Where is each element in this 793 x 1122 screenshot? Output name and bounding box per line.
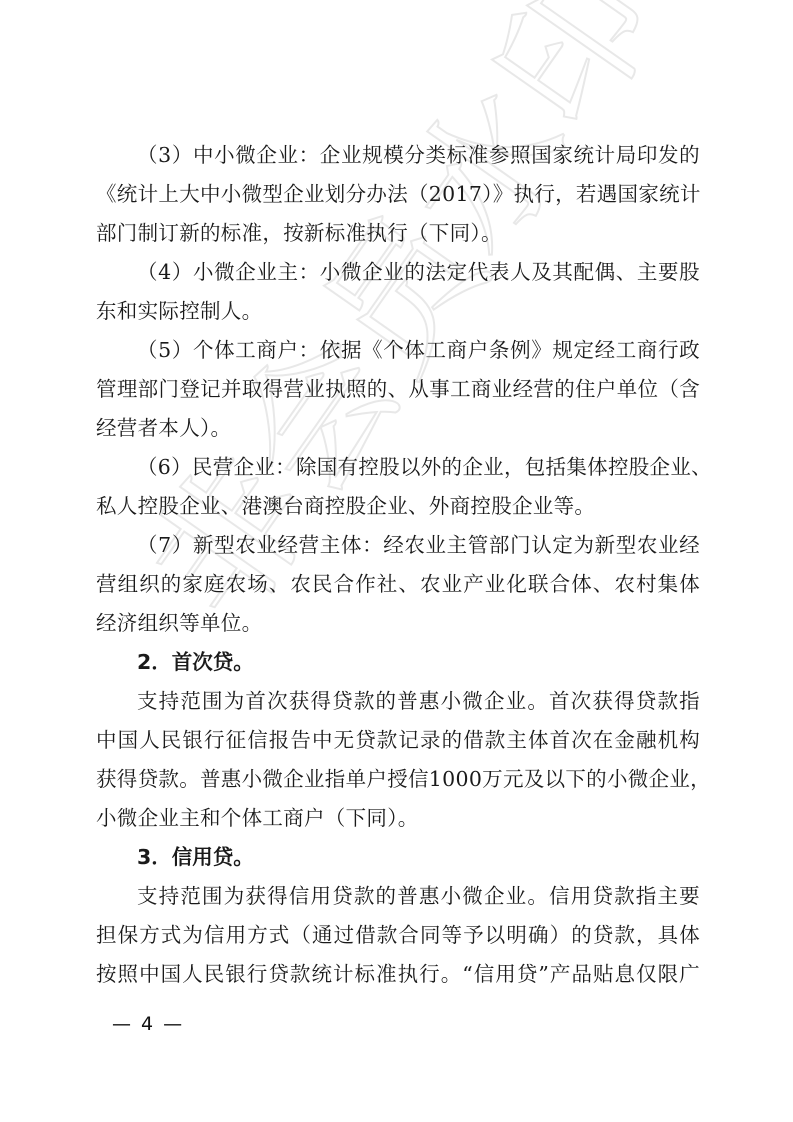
paragraph-sme-definition: （3）中小微企业：企业规模分类标准参照国家统计局印发的 《统计上大中小微型企业划… <box>96 136 700 253</box>
text-line: 营组织的家庭农场、农民合作社、农业产业化联合体、农村集体 <box>96 565 700 604</box>
document-page: 非会员水印 （3）中小微企业：企业规模分类标准参照国家统计局印发的 《统计上大中… <box>0 0 793 1122</box>
paragraph-individual-business: （5）个体工商户：依据《个体工商户条例》规定经工商行政 管理部门登记并取得营业执… <box>96 331 700 448</box>
text-line: 管理部门登记并取得营业执照的、从事工商业经营的住户单位（含 <box>96 370 700 409</box>
paragraph-credit-loan: 支持范围为获得信用贷款的普惠小微企业。信用贷款指主要 担保方式为信用方式（通过借… <box>96 877 700 994</box>
text-line: 担保方式为信用方式（通过借款合同等予以明确）的贷款，具体 <box>96 916 700 955</box>
text-line: （3）中小微企业：企业规模分类标准参照国家统计局印发的 <box>96 136 700 175</box>
text-line: 小微企业主和个体工商户（下同）。 <box>96 799 700 838</box>
paragraph-new-agri-entity: （7）新型农业经营主体：经农业主管部门认定为新型农业经 营组织的家庭农场、农民合… <box>96 526 700 643</box>
text-line: 《统计上大中小微型企业划分办法（2017）》执行，若遇国家统计 <box>96 175 700 214</box>
text-line: 经营者本人）。 <box>96 409 700 448</box>
text-line: 部门制订新的标准，按新标准执行（下同）。 <box>96 214 700 253</box>
text-line: 东和实际控制人。 <box>96 292 700 331</box>
text-line: 经济组织等单位。 <box>96 604 700 643</box>
text-line: （5）个体工商户：依据《个体工商户条例》规定经工商行政 <box>96 331 700 370</box>
paragraph-micro-business-owner: （4）小微企业主：小微企业的法定代表人及其配偶、主要股 东和实际控制人。 <box>96 253 700 331</box>
text-line: （6）民营企业：除国有控股以外的企业，包括集体控股企业、 <box>96 448 700 487</box>
text-line: 支持范围为获得信用贷款的普惠小微企业。信用贷款指主要 <box>96 877 700 916</box>
text-line: 中国人民银行征信报告中无贷款记录的借款主体首次在金融机构 <box>96 721 700 760</box>
paragraph-private-enterprise: （6）民营企业：除国有控股以外的企业，包括集体控股企业、 私人控股企业、港澳台商… <box>96 448 700 526</box>
text-line: （7）新型农业经营主体：经农业主管部门认定为新型农业经 <box>96 526 700 565</box>
text-line: 支持范围为首次获得贷款的普惠小微企业。首次获得贷款指 <box>96 682 700 721</box>
text-line: （4）小微企业主：小微企业的法定代表人及其配偶、主要股 <box>96 253 700 292</box>
document-body: （3）中小微企业：企业规模分类标准参照国家统计局印发的 《统计上大中小微型企业划… <box>96 136 700 994</box>
text-line: 私人控股企业、港澳台商控股企业、外商控股企业等。 <box>96 487 700 526</box>
paragraph-first-loan: 支持范围为首次获得贷款的普惠小微企业。首次获得贷款指 中国人民银行征信报告中无贷… <box>96 682 700 838</box>
section-heading-first-loan: 2．首次贷。 <box>96 643 700 682</box>
text-line: 获得贷款。普惠小微企业指单户授信1000万元及以下的小微企业， <box>96 760 700 799</box>
page-number: — 4 — <box>112 1013 184 1035</box>
text-line: 按照中国人民银行贷款统计标准执行。“信用贷”产品贴息仅限广 <box>96 955 700 994</box>
section-heading-credit-loan: 3．信用贷。 <box>96 838 700 877</box>
